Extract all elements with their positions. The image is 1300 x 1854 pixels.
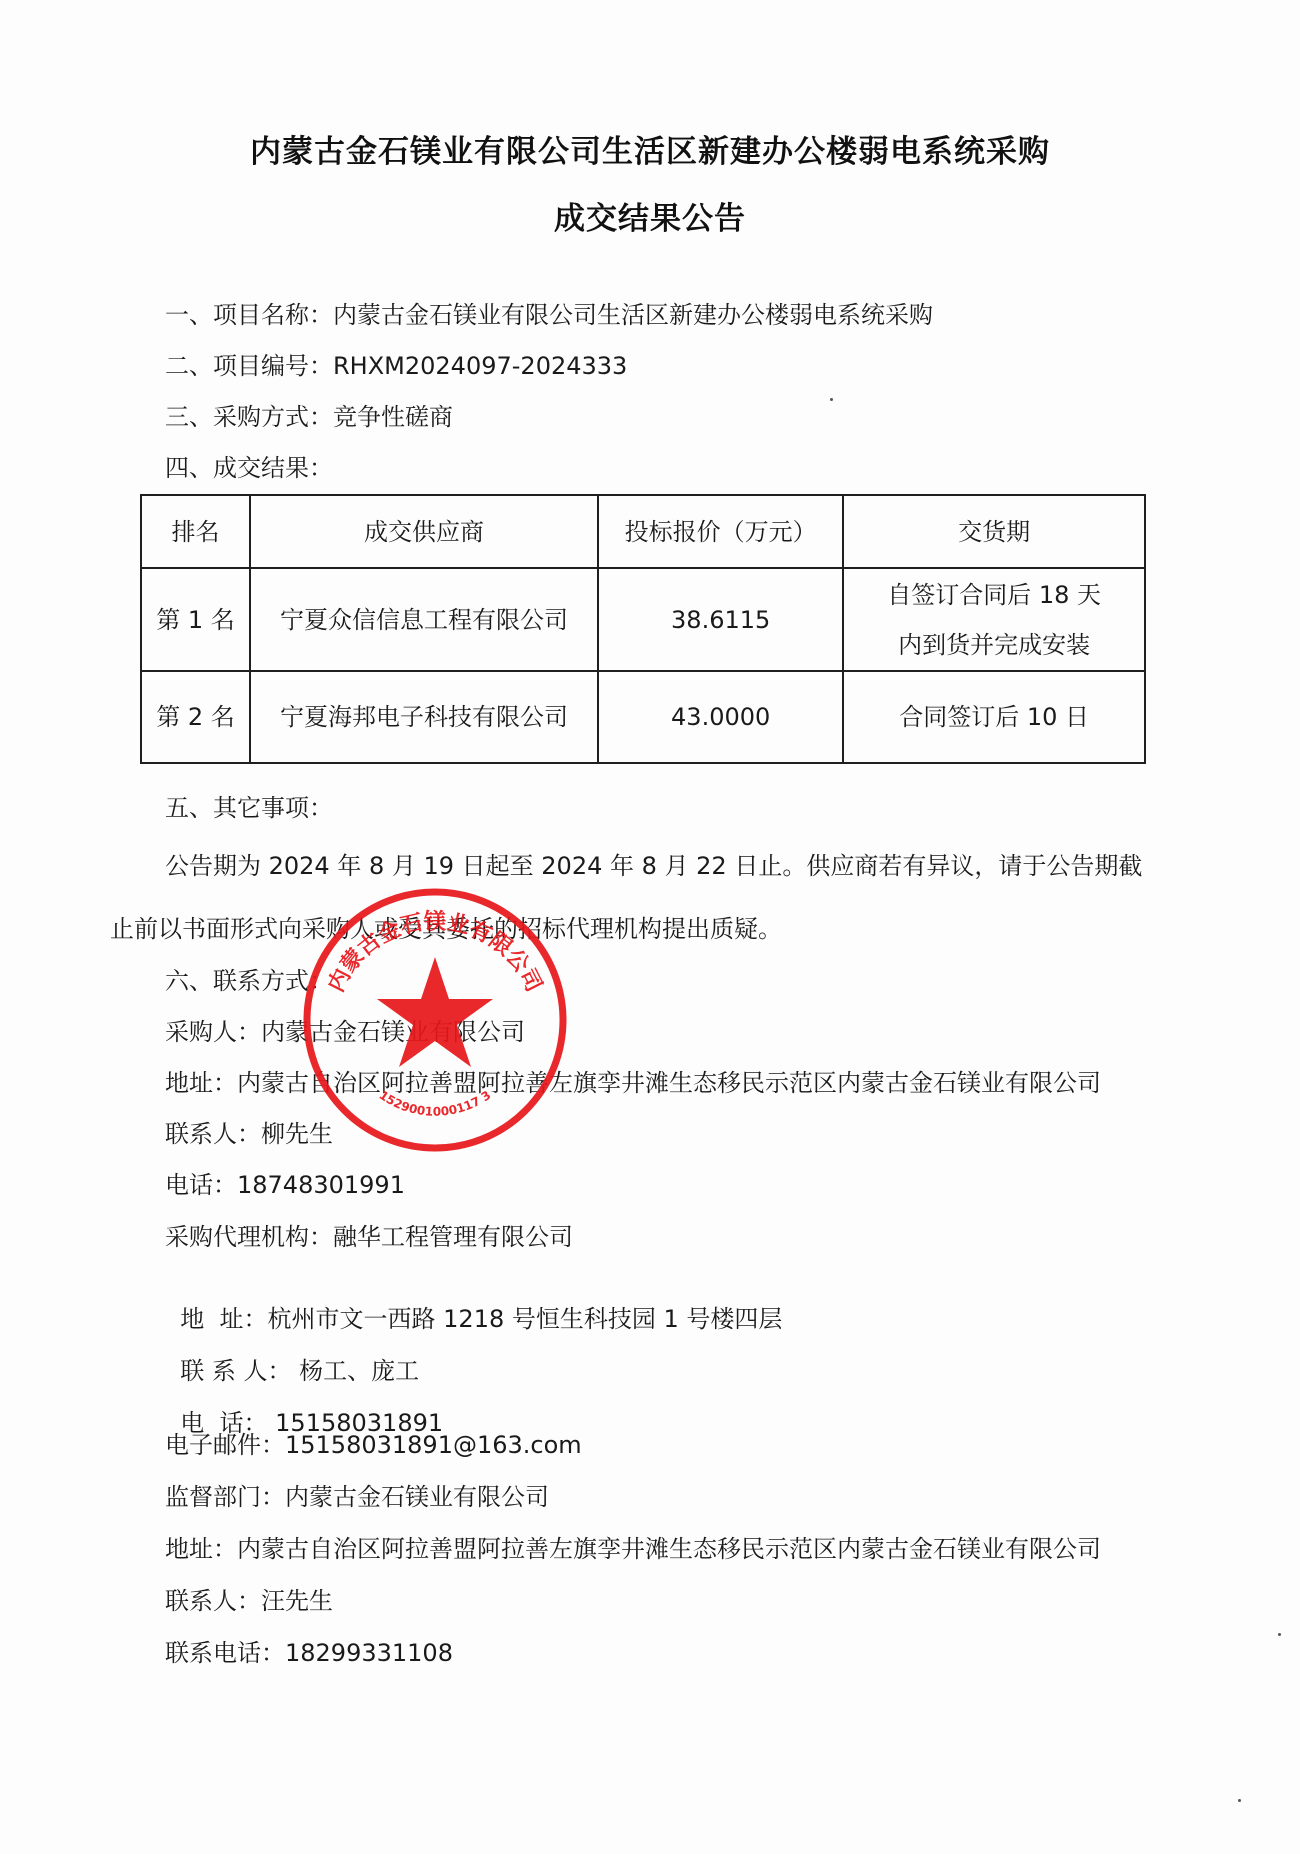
procurement-method-value: 竞争性磋商 <box>333 403 453 431</box>
purchaser-label: 采购人： <box>165 1018 261 1046</box>
scan-speck <box>830 398 833 401</box>
supervisor-row: 监督部门：内蒙古金石镁业有限公司 <box>165 1482 549 1512</box>
table-header-row: 排名 成交供应商 投标报价（万元） 交货期 <box>141 495 1145 568</box>
header-delivery: 交货期 <box>843 495 1145 568</box>
agency-label: 采购代理机构： <box>165 1223 333 1251</box>
supervisor-address-row: 地址：内蒙古自治区阿拉善盟阿拉善左旗孪井滩生态移民示范区内蒙古金石镁业有限公司 <box>165 1534 1101 1564</box>
purchaser-address-value: 内蒙古自治区阿拉善盟阿拉善左旗孪井滩生态移民示范区内蒙古金石镁业有限公司 <box>237 1069 1101 1097</box>
supervisor-phone-label: 联系电话： <box>165 1639 285 1667</box>
cell-delivery-line2: 内到货并完成安装 <box>844 620 1144 670</box>
supervisor-contact-value: 汪先生 <box>261 1587 333 1615</box>
cell-delivery: 合同签订后 10 日 <box>843 671 1145 763</box>
project-name-label: 一、项目名称： <box>165 301 333 329</box>
project-number-row: 二、项目编号：RHXM2024097-2024333 <box>165 351 627 381</box>
other-text-line2: 止前以书面形式向采购人或受其委托的招标代理机构提出质疑。 <box>110 914 782 944</box>
other-text-line1: 公告期为 2024 年 8 月 19 日起至 2024 年 8 月 22 日止。… <box>165 851 1142 881</box>
supervisor-phone-row: 联系电话：18299331108 <box>165 1638 453 1668</box>
purchaser-phone-value: 18748301991 <box>237 1171 405 1199</box>
supervisor-phone-value: 18299331108 <box>285 1639 453 1667</box>
cell-rank: 第 1 名 <box>141 568 250 671</box>
scan-speck <box>1278 1633 1281 1636</box>
agency-contact-row: 联 系 人： 杨工、庞工 <box>165 1326 419 1386</box>
supervisor-label: 监督部门： <box>165 1483 285 1511</box>
procurement-method-row: 三、采购方式：竞争性磋商 <box>165 402 453 432</box>
document-title-line2: 成交结果公告 <box>0 193 1300 238</box>
agency-email-row: 电子邮件：15158031891@163.com <box>165 1430 582 1460</box>
procurement-method-label: 三、采购方式： <box>165 403 333 431</box>
result-heading: 四、成交结果： <box>165 453 333 483</box>
document-title-line1: 内蒙古金石镁业有限公司生活区新建办公楼弱电系统采购 <box>0 126 1300 171</box>
cell-price: 38.6115 <box>598 568 843 671</box>
supervisor-address-value: 内蒙古自治区阿拉善盟阿拉善左旗孪井滩生态移民示范区内蒙古金石镁业有限公司 <box>237 1535 1101 1563</box>
project-number-label: 二、项目编号： <box>165 352 333 380</box>
cell-price: 43.0000 <box>598 671 843 763</box>
project-name-value: 内蒙古金石镁业有限公司生活区新建办公楼弱电系统采购 <box>333 301 933 329</box>
agency-row: 采购代理机构：融华工程管理有限公司 <box>165 1222 573 1252</box>
cell-supplier: 宁夏海邦电子科技有限公司 <box>250 671 598 763</box>
agency-address-row: 地 址：杭州市文一西路 1218 号恒生科技园 1 号楼四层 <box>165 1274 782 1334</box>
agency-email-value: 15158031891@163.com <box>285 1431 582 1459</box>
result-table: 排名 成交供应商 投标报价（万元） 交货期 第 1 名 宁夏众信信息工程有限公司… <box>140 494 1146 764</box>
purchaser-contact-value: 柳先生 <box>261 1120 333 1148</box>
cell-delivery-line1: 自签订合同后 18 天 <box>844 570 1144 620</box>
table-row: 第 2 名 宁夏海邦电子科技有限公司 43.0000 合同签订后 10 日 <box>141 671 1145 763</box>
purchaser-address-row: 地址：内蒙古自治区阿拉善盟阿拉善左旗孪井滩生态移民示范区内蒙古金石镁业有限公司 <box>165 1068 1101 1098</box>
supervisor-contact-label: 联系人： <box>165 1587 261 1615</box>
agency-value: 融华工程管理有限公司 <box>333 1223 573 1251</box>
header-rank: 排名 <box>141 495 250 568</box>
purchaser-contact-row: 联系人：柳先生 <box>165 1119 333 1149</box>
purchaser-contact-label: 联系人： <box>165 1120 261 1148</box>
agency-phone-row: 电 话： 15158031891 <box>165 1378 443 1438</box>
purchaser-row: 采购人：内蒙古金石镁业有限公司 <box>165 1017 525 1047</box>
header-supplier: 成交供应商 <box>250 495 598 568</box>
other-heading: 五、其它事项： <box>165 793 333 823</box>
cell-supplier: 宁夏众信信息工程有限公司 <box>250 568 598 671</box>
table-row: 第 1 名 宁夏众信信息工程有限公司 38.6115 自签订合同后 18 天 内… <box>141 568 1145 671</box>
header-price: 投标报价（万元） <box>598 495 843 568</box>
purchaser-value: 内蒙古金石镁业有限公司 <box>261 1018 525 1046</box>
supervisor-address-label: 地址： <box>165 1535 237 1563</box>
scan-speck <box>1238 1799 1241 1802</box>
project-name-row: 一、项目名称：内蒙古金石镁业有限公司生活区新建办公楼弱电系统采购 <box>165 300 933 330</box>
purchaser-phone-label: 电话： <box>165 1171 237 1199</box>
purchaser-phone-row: 电话：18748301991 <box>165 1170 405 1200</box>
supervisor-value: 内蒙古金石镁业有限公司 <box>285 1483 549 1511</box>
agency-email-label: 电子邮件： <box>165 1431 285 1459</box>
purchaser-address-label: 地址： <box>165 1069 237 1097</box>
project-number-value: RHXM2024097-2024333 <box>333 352 627 380</box>
contact-heading: 六、联系方式： <box>165 966 333 996</box>
cell-rank: 第 2 名 <box>141 671 250 763</box>
supervisor-contact-row: 联系人：汪先生 <box>165 1586 333 1616</box>
cell-delivery: 自签订合同后 18 天 内到货并完成安装 <box>843 568 1145 671</box>
